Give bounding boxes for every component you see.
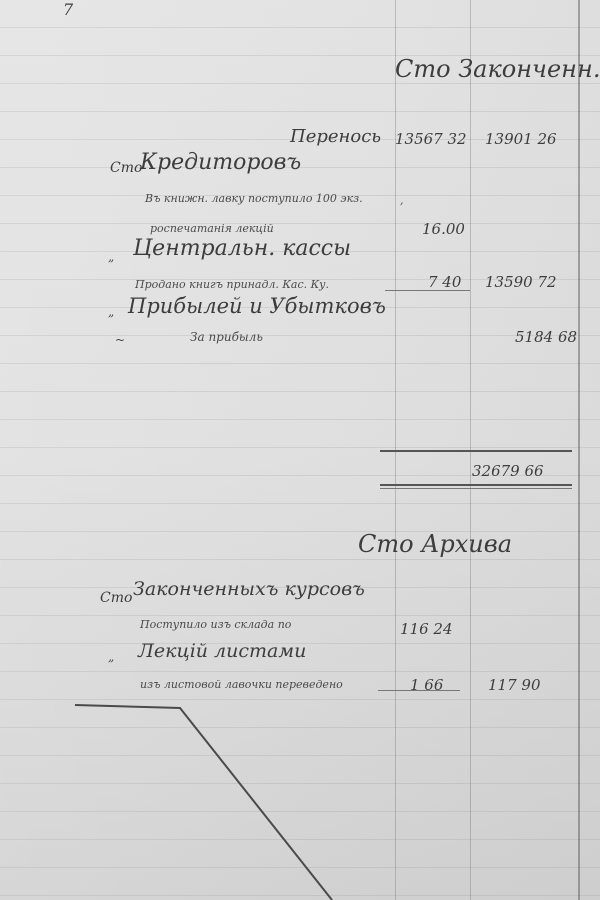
closing-z-line (0, 0, 600, 900)
ledger-page: 7 Сто Законченн… Перенось 13567 32 13901… (0, 0, 600, 900)
